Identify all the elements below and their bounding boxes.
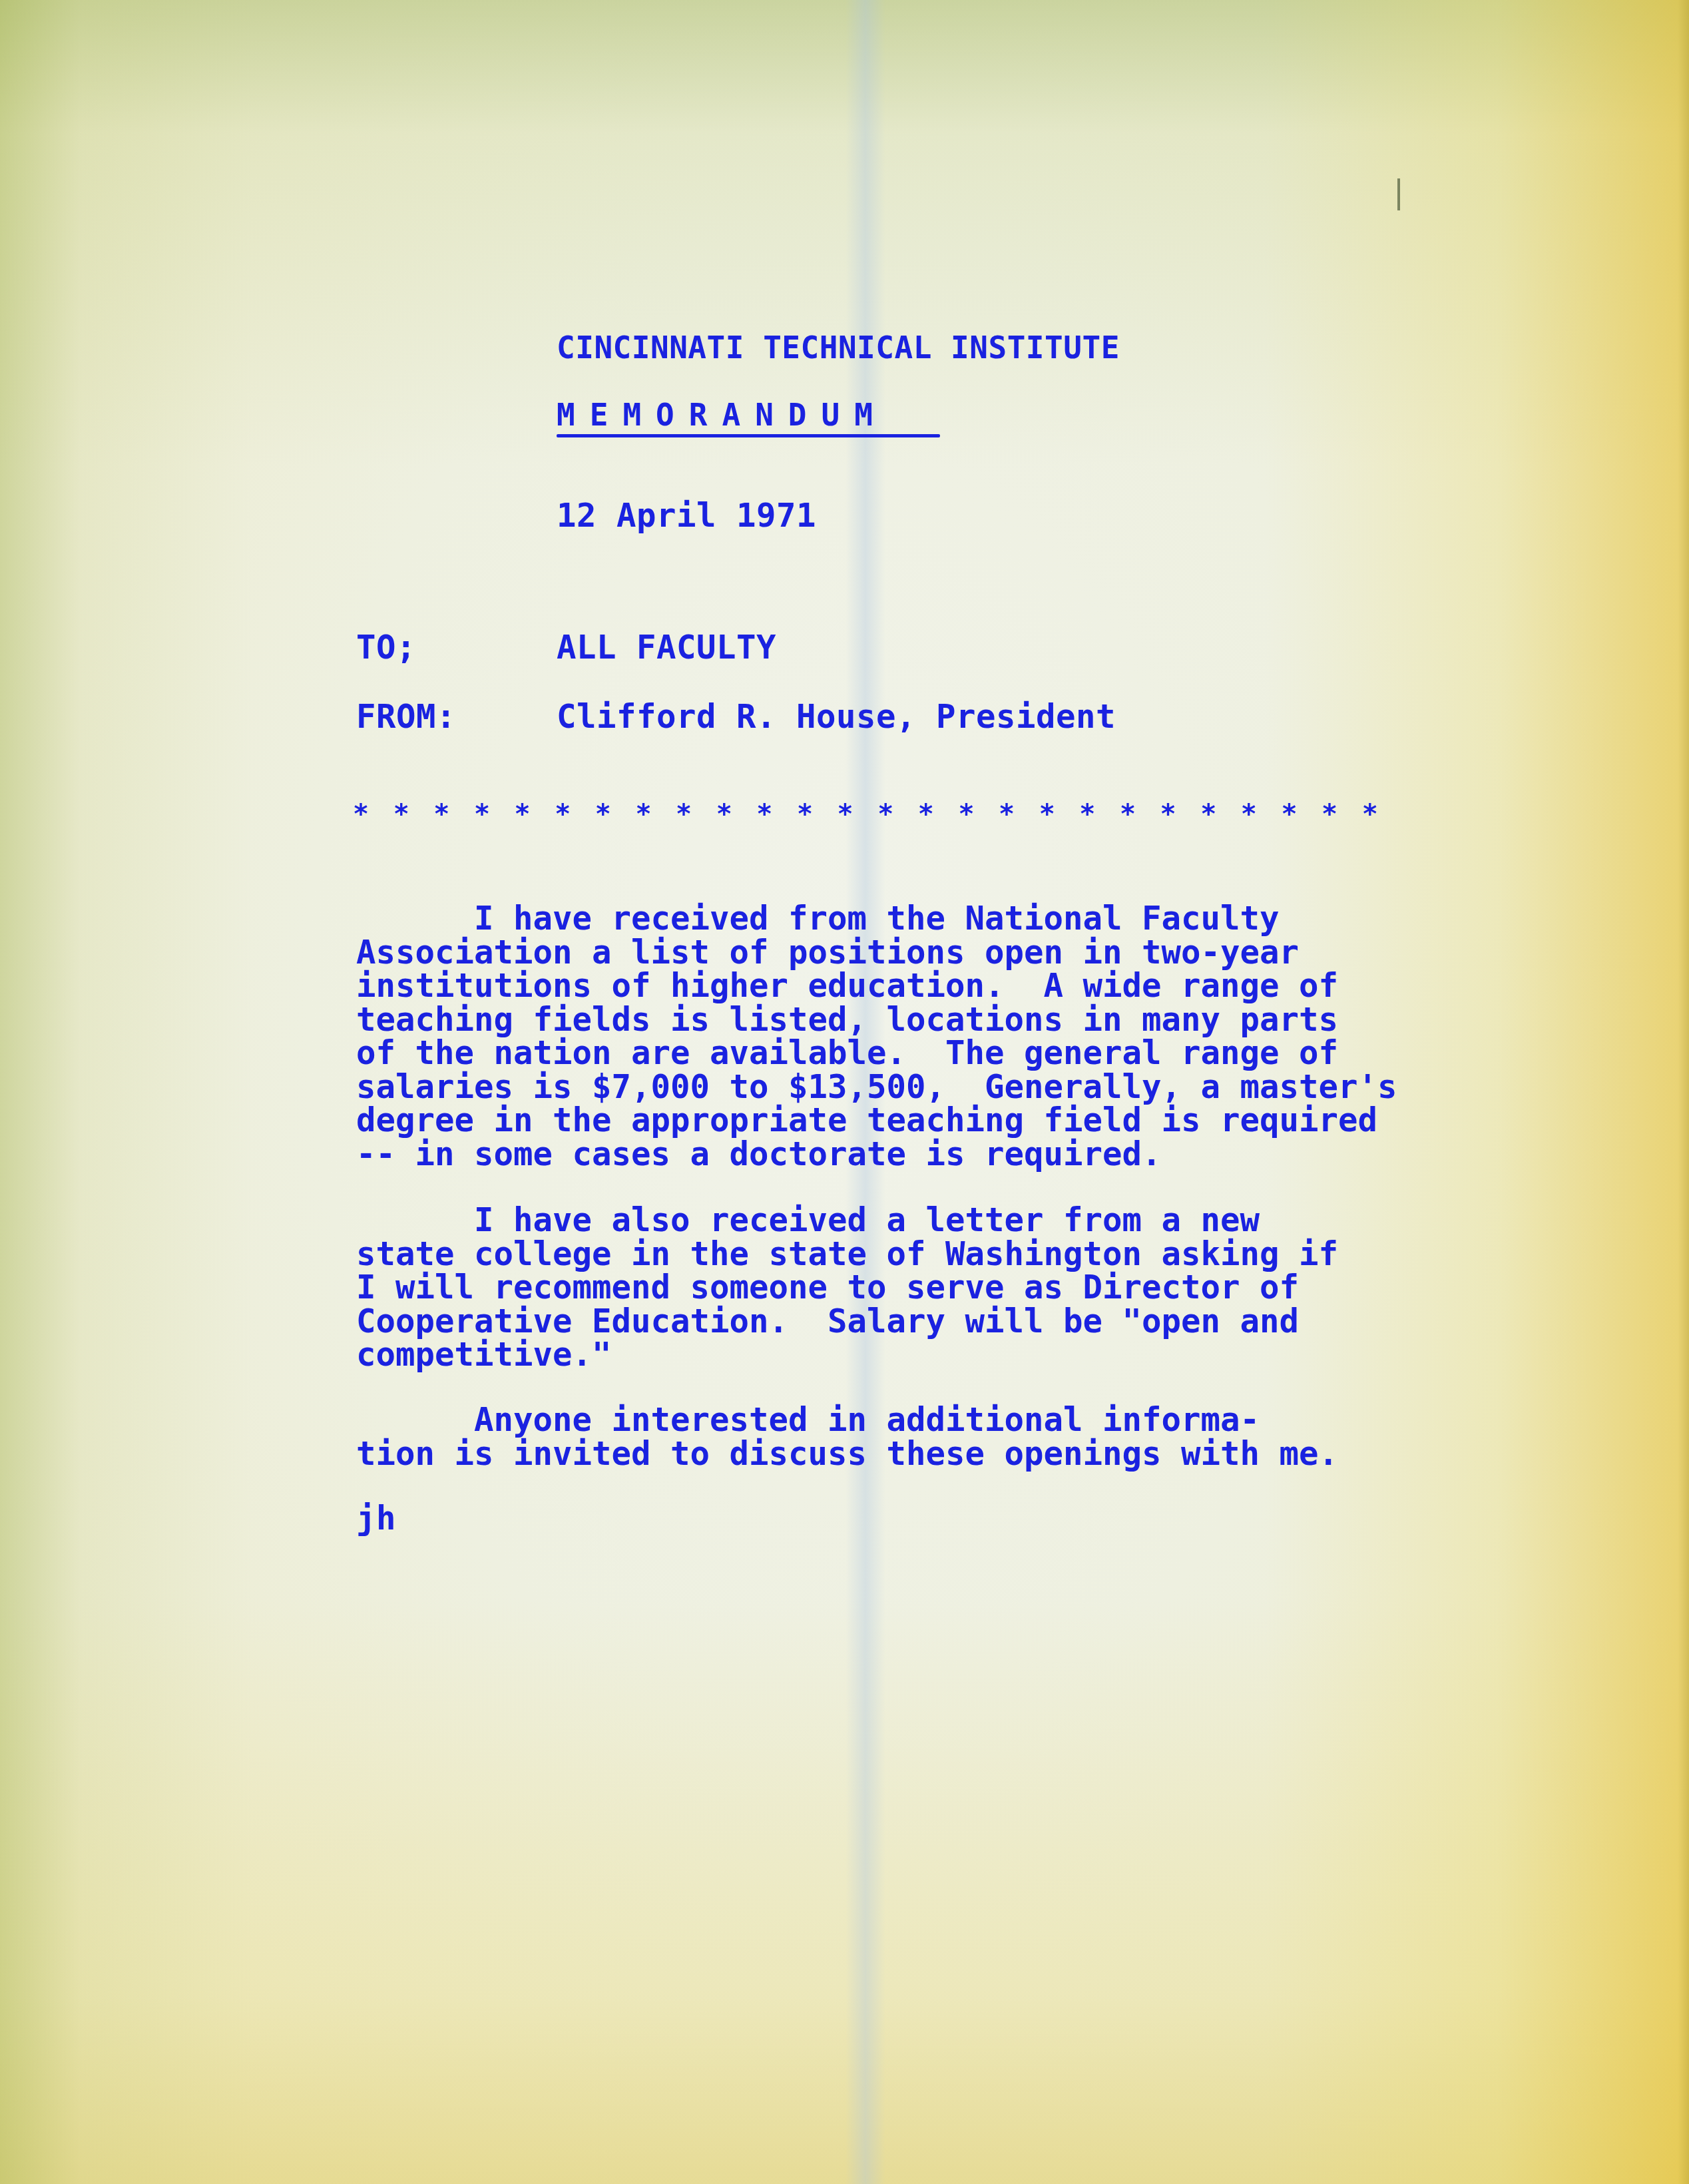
asterisk-glyph: * (1281, 799, 1297, 830)
to-recipient: ALL FACULTY (557, 631, 776, 665)
asterisk-glyph: * (918, 799, 934, 830)
asterisk-glyph: * (1160, 799, 1176, 830)
from-sender: Clifford R. House, President (557, 700, 1116, 734)
asterisk-glyph: * (1079, 799, 1095, 830)
asterisk-glyph: * (353, 799, 369, 830)
body-paragraph-3: Anyone interested in additional informa-… (356, 1404, 1338, 1471)
asterisk-glyph: * (1241, 799, 1257, 830)
asterisk-glyph: * (1322, 799, 1337, 830)
body-paragraph-2: I have also received a letter from a new… (356, 1204, 1338, 1372)
text-line: -- in some cases a doctorate is required… (356, 1138, 1397, 1172)
pencil-mark (1397, 178, 1400, 210)
asterisk-glyph: * (1362, 799, 1378, 830)
asterisk-glyph: * (797, 799, 813, 830)
asterisk-glyph: * (635, 799, 651, 830)
text-line: competitive." (356, 1338, 1338, 1372)
asterisk-glyph: * (716, 799, 732, 830)
text-line: salaries is $7,000 to $13,500, Generally… (356, 1071, 1397, 1105)
text-line: teaching fields is listed, locations in … (356, 1003, 1397, 1037)
asterisk-glyph: * (877, 799, 893, 830)
asterisk-glyph: * (1200, 799, 1216, 830)
text-line: Association a list of positions open in … (356, 936, 1397, 970)
asterisk-glyph: * (393, 799, 409, 830)
asterisk-glyph: * (1039, 799, 1055, 830)
to-label: TO; (356, 631, 416, 665)
asterisk-glyph: * (433, 799, 449, 830)
asterisk-glyph: * (676, 799, 692, 830)
text-line: degree in the appropriate teaching field… (356, 1104, 1397, 1138)
from-label: FROM: (356, 700, 456, 734)
memorandum-underline (557, 434, 940, 437)
asterisk-glyph: * (555, 799, 571, 830)
asterisk-glyph: * (999, 799, 1015, 830)
typist-initials: jh (356, 1502, 396, 1535)
text-line: tion is invited to discuss these opening… (356, 1438, 1338, 1472)
text-line: I have also received a letter from a new (356, 1204, 1338, 1238)
institution-heading: CINCINNATI TECHNICAL INSTITUTE (557, 331, 1120, 364)
asterisk-glyph: * (595, 799, 611, 830)
text-line: Anyone interested in additional informa- (356, 1404, 1338, 1438)
memorandum-heading: MEMORANDUM (557, 398, 887, 431)
body-paragraph-1: I have received from the National Facult… (356, 902, 1397, 1171)
text-line: institutions of higher education. A wide… (356, 969, 1397, 1003)
memo-date: 12 April 1971 (557, 499, 816, 533)
asterisk-separator: ************************** (353, 799, 1378, 830)
text-line: I have received from the National Facult… (356, 902, 1397, 936)
asterisk-glyph: * (838, 799, 853, 830)
text-line: Cooperative Education. Salary will be "o… (356, 1305, 1338, 1339)
asterisk-glyph: * (474, 799, 490, 830)
text-line: of the nation are available. The general… (356, 1037, 1397, 1071)
asterisk-glyph: * (1120, 799, 1136, 830)
text-line: I will recommend someone to serve as Dir… (356, 1271, 1338, 1305)
asterisk-glyph: * (958, 799, 974, 830)
asterisk-glyph: * (515, 799, 531, 830)
asterisk-glyph: * (756, 799, 772, 830)
text-line: state college in the state of Washington… (356, 1238, 1338, 1272)
